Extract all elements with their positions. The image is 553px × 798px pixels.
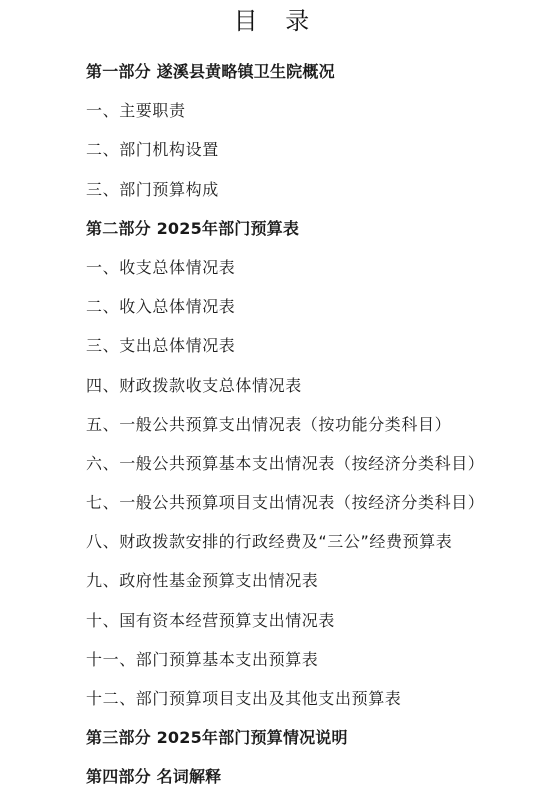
toc-part-3[interactable]: 第三部分 2025年部门预算情况说明 [86,718,553,757]
toc-item[interactable]: 六、一般公共预算基本支出情况表（按经济分类科目） [86,444,553,483]
toc-part-1[interactable]: 第一部分 遂溪县黄略镇卫生院概况 [86,52,553,91]
toc-item[interactable]: 三、部门预算构成 [86,170,553,209]
toc-item[interactable]: 一、主要职责 [86,91,553,130]
toc-item[interactable]: 八、财政拨款安排的行政经费及“三公”经费预算表 [86,522,553,561]
toc-item[interactable]: 十、国有资本经营预算支出情况表 [86,601,553,640]
toc-item[interactable]: 九、政府性基金预算支出情况表 [86,561,553,600]
toc-item[interactable]: 一、收支总体情况表 [86,248,553,287]
toc-item[interactable]: 二、收入总体情况表 [86,287,553,326]
toc-item[interactable]: 二、部门机构设置 [86,130,553,169]
toc-part-2[interactable]: 第二部分 2025年部门预算表 [86,209,553,248]
page-title: 目 录 [0,6,553,36]
toc-item[interactable]: 十一、部门预算基本支出预算表 [86,640,553,679]
toc-item[interactable]: 五、一般公共预算支出情况表（按功能分类科目） [86,405,553,444]
table-of-contents: 第一部分 遂溪县黄略镇卫生院概况 一、主要职责 二、部门机构设置 三、部门预算构… [86,52,553,797]
toc-item[interactable]: 四、财政拨款收支总体情况表 [86,366,553,405]
toc-part-4[interactable]: 第四部分 名词解释 [86,757,553,796]
toc-item[interactable]: 十二、部门预算项目支出及其他支出预算表 [86,679,553,718]
toc-item[interactable]: 七、一般公共预算项目支出情况表（按经济分类科目） [86,483,553,522]
toc-item[interactable]: 三、支出总体情况表 [86,326,553,365]
